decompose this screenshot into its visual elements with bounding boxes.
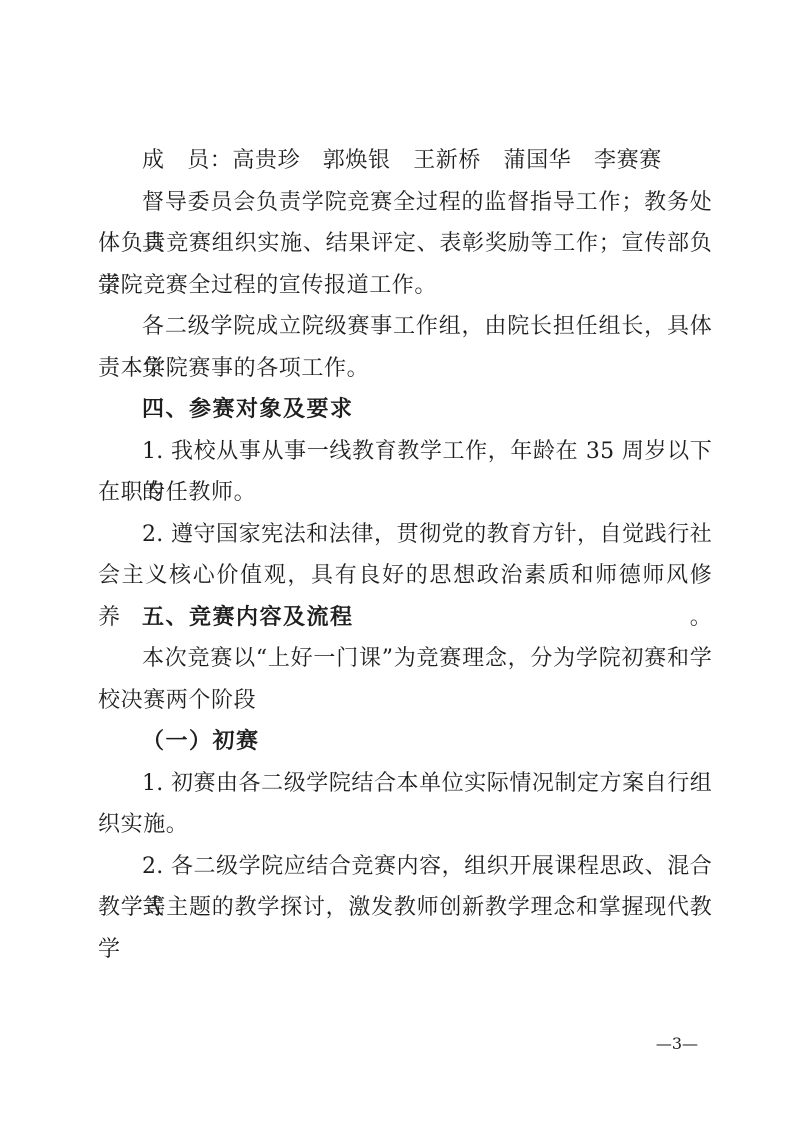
subsection-heading-preliminary: （一）初赛 — [98, 721, 712, 763]
text-line: 各二级学院成立院级赛事工作组，由院长担任组长，具体负 — [98, 306, 712, 348]
text-line: 1. 初赛由各二级学院结合本单位实际情况制定方案自行组 — [98, 763, 712, 805]
section-heading-participants: 四、参赛对象及要求 — [98, 389, 712, 431]
text-line: 会主义核心价值观，具有良好的思想政治素质和师德师风修养。 — [98, 555, 712, 597]
text-line: 责本学院赛事的各项工作。 — [98, 348, 712, 390]
text-line: 2. 各二级学院应结合竞赛内容，组织开展课程思政、混合式 — [98, 846, 712, 888]
text-line: 织实施。 — [98, 804, 712, 846]
text-line: 在职专任教师。 — [98, 472, 712, 514]
member-list-line: 成 员：高贵珍 郭焕银 王新桥 蒲国华 李赛赛 — [98, 140, 712, 182]
document-page: 成 员：高贵珍 郭焕银 王新桥 蒲国华 李赛赛 督导委员会负责学院竞赛全过程的监… — [0, 0, 793, 1122]
text-line: 体负责竞赛组织实施、结果评定、表彰奖励等工作；宣传部负责 — [98, 223, 712, 265]
text-line: 校决赛两个阶段 — [98, 680, 712, 722]
text-line: 2. 遵守国家宪法和法律，贯彻党的教育方针，自觉践行社 — [98, 514, 712, 556]
text-line: 督导委员会负责学院竞赛全过程的监督指导工作；教务处具 — [98, 182, 712, 224]
text-line: 本次竞赛以“上好一门课”为竞赛理念，分为学院初赛和学 — [98, 638, 712, 680]
text-line: 学院竞赛全过程的宣传报道工作。 — [98, 265, 712, 307]
text-line: 教学等主题的教学探讨，激发教师创新教学理念和掌握现代教学 — [98, 887, 712, 929]
text-line: 1. 我校从事从事一线教育教学工作，年龄在 35 周岁以下的 — [98, 431, 712, 473]
page-footer: —3— — [0, 1032, 793, 1056]
document-body: 成 员：高贵珍 郭焕银 王新桥 蒲国华 李赛赛 督导委员会负责学院竞赛全过程的监… — [98, 140, 712, 929]
page-number: —3— — [656, 1032, 698, 1056]
